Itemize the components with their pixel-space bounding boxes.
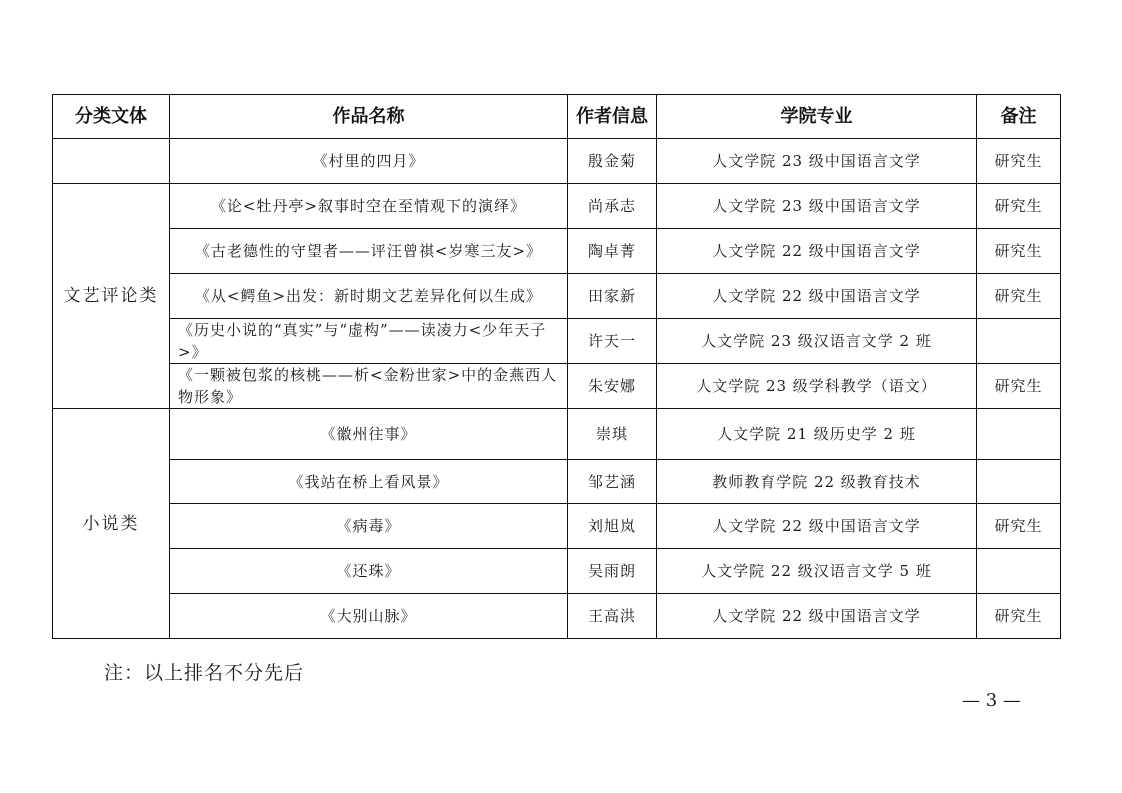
table-row: 文艺评论类 《论<牡丹亭>叙事时空在至情观下的演绎》 尚承志 人文学院 23 级… [53,184,1061,229]
note-cell: 研究生 [977,274,1061,319]
table-row: 《一颗被包浆的核桃——析<金粉世家>中的金燕西人物形象》 朱安娜 人文学院 23… [53,364,1061,409]
note-cell: 研究生 [977,229,1061,274]
header-college: 学院专业 [657,95,977,139]
title-cell: 《古老德性的守望者——评汪曾祺<岁寒三友>》 [170,229,568,274]
author-cell: 崇琪 [568,409,657,460]
author-cell: 吴雨朗 [568,549,657,594]
table-row: 《从<鳄鱼>出发：新时期文艺差异化何以生成》 田家新 人文学院 22 级中国语言… [53,274,1061,319]
college-cell: 人文学院 23 级中国语言文学 [657,184,977,229]
title-cell: 《历史小说的“真实”与“虚构”——读凌力<少年天子>》 [170,319,568,364]
author-cell: 朱安娜 [568,364,657,409]
college-cell: 教师教育学院 22 级教育技术 [657,460,977,504]
author-cell: 田家新 [568,274,657,319]
table-header-row: 分类文体 作品名称 作者信息 学院专业 备注 [53,95,1061,139]
college-cell: 人文学院 22 级中国语言文学 [657,274,977,319]
page-number: — 3 — [962,690,1021,711]
author-cell: 尚承志 [568,184,657,229]
author-cell: 陶卓菁 [568,229,657,274]
note-cell [977,460,1061,504]
college-cell: 人文学院 23 级学科教学（语文） [657,364,977,409]
college-cell: 人文学院 22 级中国语言文学 [657,229,977,274]
table-row: 《历史小说的“真实”与“虚构”——读凌力<少年天子>》 许天一 人文学院 23 … [53,319,1061,364]
college-cell: 人文学院 22 级中国语言文学 [657,594,977,639]
table-row: 小说类 《徽州往事》 崇琪 人文学院 21 级历史学 2 班 [53,409,1061,460]
title-cell: 《徽州往事》 [170,409,568,460]
table-row: 《我站在桥上看风景》 邹艺涵 教师教育学院 22 级教育技术 [53,460,1061,504]
header-author: 作者信息 [568,95,657,139]
table-row: 《村里的四月》 殷金菊 人文学院 23 级中国语言文学 研究生 [53,139,1061,184]
college-cell: 人文学院 23 级中国语言文学 [657,139,977,184]
note-cell [977,409,1061,460]
note-cell: 研究生 [977,594,1061,639]
note-cell: 研究生 [977,139,1061,184]
table-row: 《病毒》 刘旭岚 人文学院 22 级中国语言文学 研究生 [53,504,1061,549]
category-cell [53,139,170,184]
category-cell: 文艺评论类 [53,184,170,409]
college-cell: 人文学院 21 级历史学 2 班 [657,409,977,460]
table-row: 《还珠》 吴雨朗 人文学院 22 级汉语言文学 5 班 [53,549,1061,594]
author-cell: 邹艺涵 [568,460,657,504]
title-cell: 《村里的四月》 [170,139,568,184]
title-cell: 《大别山脉》 [170,594,568,639]
note-cell: 研究生 [977,184,1061,229]
college-cell: 人文学院 22 级中国语言文学 [657,504,977,549]
table-row: 《古老德性的守望者——评汪曾祺<岁寒三友>》 陶卓菁 人文学院 22 级中国语言… [53,229,1061,274]
author-cell: 王高洪 [568,594,657,639]
title-cell: 《一颗被包浆的核桃——析<金粉世家>中的金燕西人物形象》 [170,364,568,409]
note-cell: 研究生 [977,364,1061,409]
note-cell: 研究生 [977,504,1061,549]
author-cell: 刘旭岚 [568,504,657,549]
college-cell: 人文学院 23 级汉语言文学 2 班 [657,319,977,364]
header-category: 分类文体 [53,95,170,139]
header-note: 备注 [977,95,1061,139]
category-cell: 小说类 [53,409,170,639]
award-list-table: 分类文体 作品名称 作者信息 学院专业 备注 《村里的四月》 殷金菊 人文学院 … [52,94,1061,639]
table-row: 《大别山脉》 王高洪 人文学院 22 级中国语言文学 研究生 [53,594,1061,639]
author-cell: 殷金菊 [568,139,657,184]
title-cell: 《病毒》 [170,504,568,549]
title-cell: 《我站在桥上看风景》 [170,460,568,504]
title-cell: 《还珠》 [170,549,568,594]
title-cell: 《论<牡丹亭>叙事时空在至情观下的演绎》 [170,184,568,229]
note-cell [977,549,1061,594]
author-cell: 许天一 [568,319,657,364]
title-cell: 《从<鳄鱼>出发：新时期文艺差异化何以生成》 [170,274,568,319]
note-cell [977,319,1061,364]
footnote: 注：以上排名不分先后 [104,658,304,685]
college-cell: 人文学院 22 级汉语言文学 5 班 [657,549,977,594]
header-title: 作品名称 [170,95,568,139]
